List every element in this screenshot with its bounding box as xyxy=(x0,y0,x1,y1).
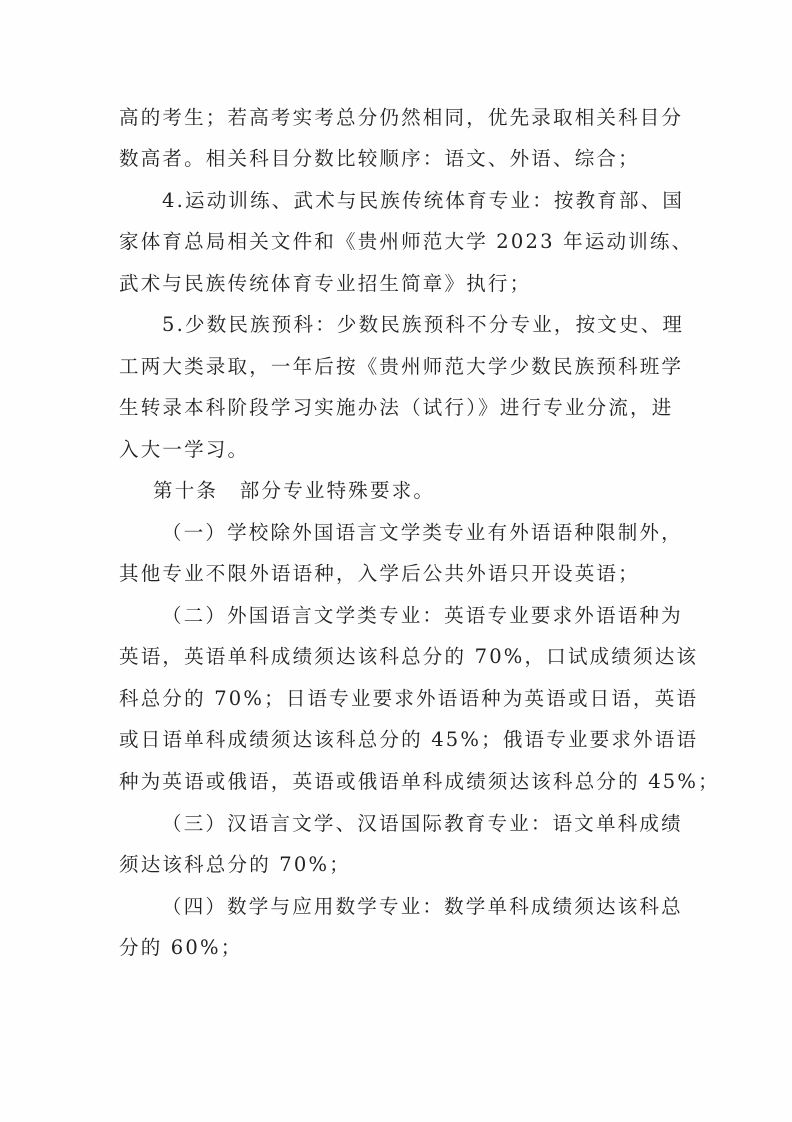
text-line: 英语，英语单科成绩须达该科总分的 70%，口试成绩须达该 xyxy=(119,636,671,677)
document-page: 高的考生；若高考实考总分仍然相同，优先录取相关科目分 数高者。相关科目分数比较顺… xyxy=(0,0,792,1122)
text-line: 分的 60%； xyxy=(119,927,679,968)
article-heading: 第十条 部分专业特殊要求。 xyxy=(153,470,713,511)
clause-4: （四）数学与应用数学专业：数学单科成绩须达该科总 xyxy=(162,886,671,927)
clause-3: （三）汉语言文学、汉语国际教育专业：语文单科成绩 xyxy=(162,803,671,844)
list-item-5: 5.少数民族预科：少数民族预科不分专业，按文史、理 xyxy=(162,304,671,345)
list-item-4: 4.运动训练、武术与民族传统体育专业：按教育部、国 xyxy=(162,180,671,221)
text-line: 生转录本科阶段学习实施办法（试行）》进行专业分流，进 xyxy=(119,387,671,428)
text-line: 入大一学习。 xyxy=(119,429,679,470)
text-line: 工两大类录取，一年后按《贵州师范大学少数民族预科班学 xyxy=(119,346,671,387)
clause-1: （一）学校除外国语言文学类专业有外语语种限制外， xyxy=(162,512,671,553)
text-line: 种为英语或俄语，英语或俄语单科成绩须达该科总分的 45%； xyxy=(119,761,671,802)
text-line: 须达该科总分的 70%； xyxy=(119,844,679,885)
clause-2: （二）外国语言文学类专业：英语专业要求外语语种为 xyxy=(162,595,671,636)
text-line: 数高者。相关科目分数比较顺序：语文、外语、综合； xyxy=(119,138,679,179)
text-line: 武术与民族传统体育专业招生简章》执行； xyxy=(119,263,679,304)
text-line: 高的考生；若高考实考总分仍然相同，优先录取相关科目分 xyxy=(119,97,671,138)
text-line: 其他专业不限外语语种，入学后公共外语只开设英语； xyxy=(119,553,679,594)
text-line: 或日语单科成绩须达该科总分的 45%；俄语专业要求外语语 xyxy=(119,719,671,760)
text-line: 家体育总局相关文件和《贵州师范大学 2023 年运动训练、 xyxy=(119,221,671,262)
text-line: 科总分的 70%；日语专业要求外语语种为英语或日语，英语 xyxy=(119,678,671,719)
